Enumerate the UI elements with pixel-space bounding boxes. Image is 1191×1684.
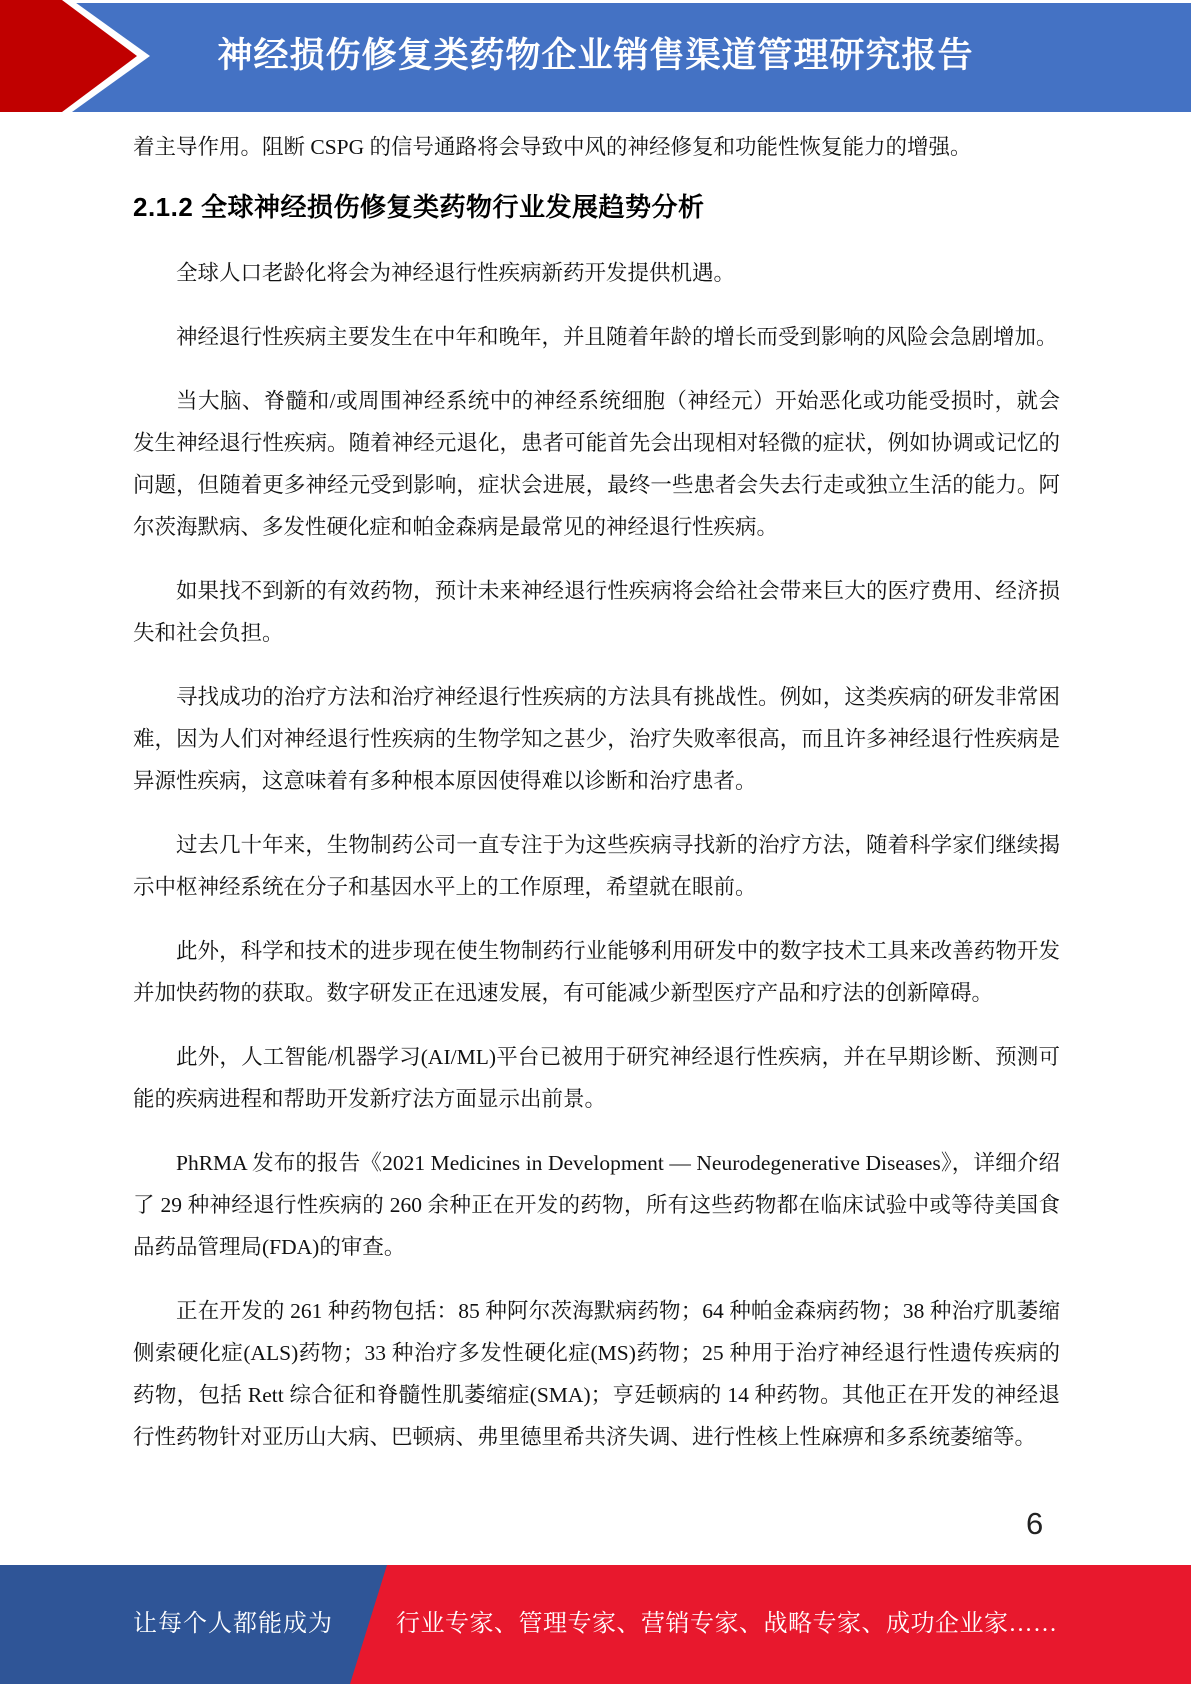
body-paragraph: 如果找不到新的有效药物，预计未来神经退行性疾病将会给社会带来巨大的医疗费用、经济… [133, 570, 1060, 654]
body-paragraph: PhRMA 发布的报告《2021 Medicines in Developmen… [133, 1142, 1060, 1268]
report-page: 神经损伤修复类药物企业销售渠道管理研究报告 着主导作用。阻断 CSPG 的信号通… [0, 0, 1191, 1684]
report-title: 神经损伤修复类药物企业销售渠道管理研究报告 [0, 3, 1191, 112]
body-paragraph: 此外，科学和技术的进步现在使生物制药行业能够利用研发中的数字技术工具来改善药物开… [133, 930, 1060, 1014]
footer-slogan-left: 让每个人都能成为 [133, 1565, 333, 1684]
body-paragraph: 此外，人工智能/机器学习(AI/ML)平台已被用于研究神经退行性疾病，并在早期诊… [133, 1036, 1060, 1120]
footer-slogan-right: 行业专家、管理专家、营销专家、战略专家、成功企业家…… [396, 1565, 1058, 1684]
body-paragraph: 神经退行性疾病主要发生在中年和晚年，并且随着年龄的增长而受到影响的风险会急剧增加… [133, 316, 1060, 358]
body-paragraph: 过去几十年来，生物制药公司一直专注于为这些疾病寻找新的治疗方法，随着科学家们继续… [133, 824, 1060, 908]
page-number: 6 [1026, 1506, 1043, 1542]
body-paragraph: 寻找成功的治疗方法和治疗神经退行性疾病的方法具有挑战性。例如，这类疾病的研发非常… [133, 676, 1060, 802]
body-paragraph: 当大脑、脊髓和/或周围神经系统中的神经系统细胞（神经元）开始恶化或功能受损时，就… [133, 380, 1060, 548]
report-footer: 让每个人都能成为 行业专家、管理专家、营销专家、战略专家、成功企业家…… [0, 1565, 1191, 1684]
body-paragraph: 正在开发的 261 种药物包括：85 种阿尔茨海默病药物；64 种帕金森病药物；… [133, 1290, 1060, 1458]
section-heading: 2.1.2 全球神经损伤修复类药物行业发展趋势分析 [133, 190, 1060, 224]
document-body: 着主导作用。阻断 CSPG 的信号通路将会导致中风的神经修复和功能性恢复能力的增… [133, 126, 1060, 1480]
continuation-paragraph: 着主导作用。阻断 CSPG 的信号通路将会导致中风的神经修复和功能性恢复能力的增… [133, 126, 1060, 168]
paragraph-list: 全球人口老龄化将会为神经退行性疾病新药开发提供机遇。神经退行性疾病主要发生在中年… [133, 252, 1060, 1458]
body-paragraph: 全球人口老龄化将会为神经退行性疾病新药开发提供机遇。 [133, 252, 1060, 294]
